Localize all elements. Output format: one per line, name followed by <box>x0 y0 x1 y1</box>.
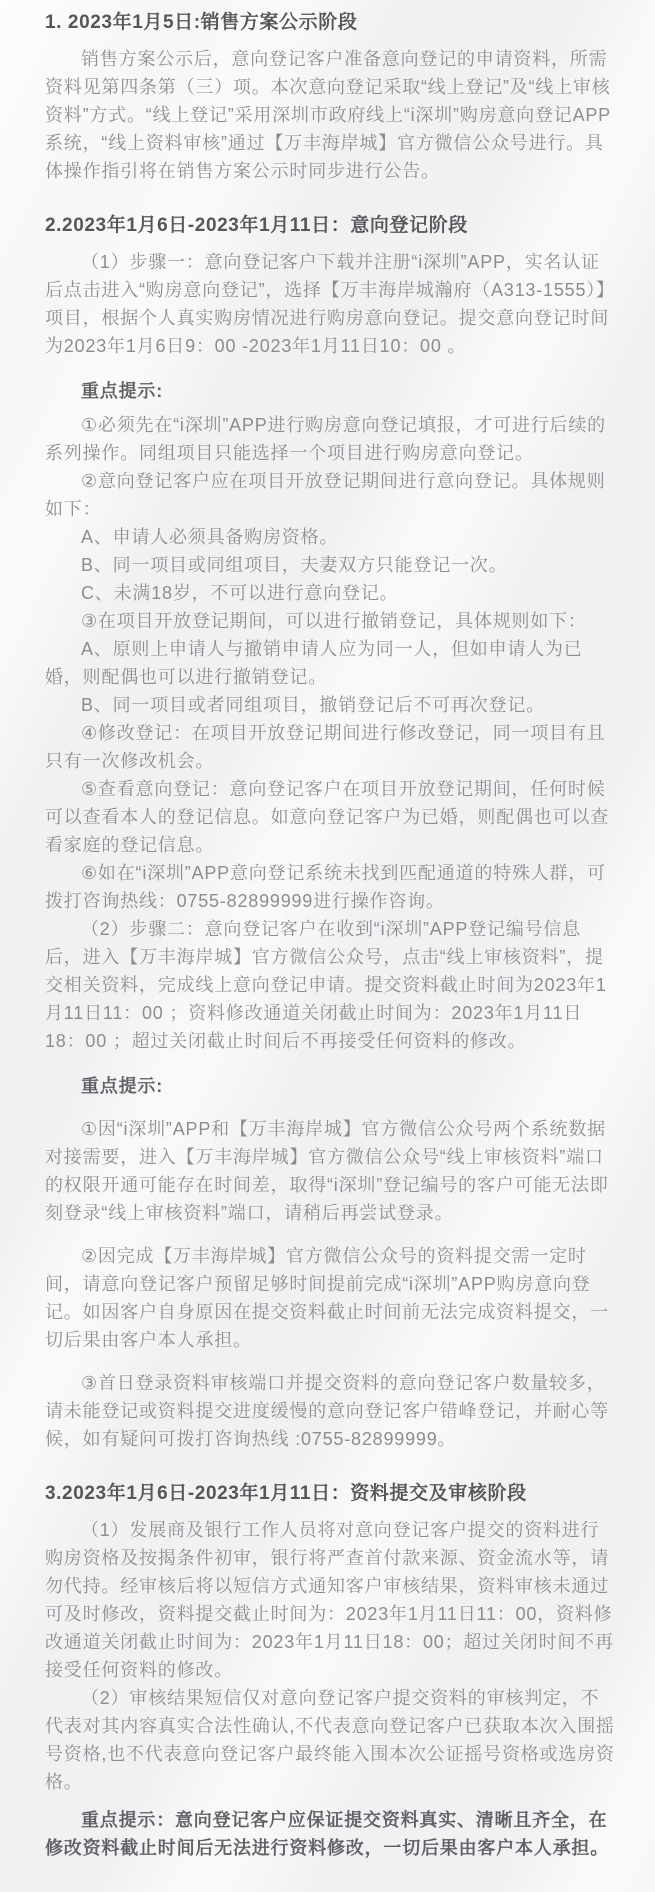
doc-paragraph: ①必须先在“i深圳”APP进行购房意向登记填报，才可进行后续的系列操作。同组项目… <box>45 411 615 467</box>
section-sales-plan-publicity: 1. 2023年1月5日:销售方案公示阶段 销售方案公示后，意向登记客户准备意向… <box>45 9 615 185</box>
doc-paragraph-rule-c: C、未满18岁，不可以进行意向登记。 <box>45 579 615 607</box>
section-heading-intent-registration: 2.2023年1月6日-2023年1月11日：意向登记阶段 <box>45 212 615 240</box>
doc-paragraph: 销售方案公示后，意向登记客户准备意向登记的申请资料，所需资料见第四条第（三）项。… <box>45 45 615 185</box>
doc-paragraph: （2）审核结果短信仅对意向登记客户提交资料的审核判定，不代表对其内容真实合法性确… <box>45 1684 615 1796</box>
highlight-note-label: 重点提示: <box>45 1072 615 1100</box>
doc-paragraph: ④修改登记：在项目开放登记期间进行修改登记，同一项目有且只有一次修改机会。 <box>45 719 615 775</box>
doc-paragraph: （1）发展商及银行工作人员将对意向登记客户提交的资料进行购房资格及按揭条件初审，… <box>45 1516 615 1684</box>
doc-paragraph-rule-b: B、同一项目或同组项目，夫妻双方只能登记一次。 <box>45 551 615 579</box>
doc-paragraph-hotline: ③首日登录资料审核端口并提交资料的意向登记客户数量较多，请未能登记或资料提交进度… <box>45 1369 615 1453</box>
doc-paragraph-hotline: ⑥如在“i深圳”APP意向登记系统未找到匹配通道的特殊人群，可拨打咨询热线：07… <box>45 859 615 915</box>
section-intent-registration: 2.2023年1月6日-2023年1月11日：意向登记阶段 （1）步骤一：意向登… <box>45 212 615 1453</box>
section-material-review: 3.2023年1月6日-2023年1月11日：资料提交及审核阶段 （1）发展商及… <box>45 1480 615 1862</box>
doc-paragraph: ②因完成【万丰海岸城】官方微信公众号的资料提交需一定时间，请意向登记客户预留足够… <box>45 1242 615 1354</box>
highlight-note: 重点提示：意向登记客户应保证提交资料真实、清晰且齐全，在修改资料截止时间后无法进… <box>45 1806 615 1862</box>
doc-paragraph: ③在项目开放登记期间，可以进行撤销登记，具体规则如下： <box>45 607 615 635</box>
doc-paragraph-rule-b: B、同一项目或者同组项目，撤销登记后不可再次登记。 <box>45 691 615 719</box>
section-heading-material-review: 3.2023年1月6日-2023年1月11日：资料提交及审核阶段 <box>45 1480 615 1508</box>
doc-paragraph-rule-a: A、原则上申请人与撤销申请人应为同一人，但如申请人为已婚，则配偶也可以进行撤销登… <box>45 635 615 691</box>
doc-paragraph-rule-a: A、申请人必须具备购房资格。 <box>45 523 615 551</box>
highlight-note-label: 重点提示: <box>45 377 615 405</box>
doc-paragraph-step-two: （2）步骤二：意向登记客户在收到“i深圳”APP登记编号信息后，进入【万丰海岸城… <box>45 915 615 1055</box>
doc-paragraph: ①因“i深圳”APP和【万丰海岸城】官方微信公众号两个系统数据对接需要，进入【万… <box>45 1115 615 1227</box>
sales-plan-announcement-document: 1. 2023年1月5日:销售方案公示阶段 销售方案公示后，意向登记客户准备意向… <box>0 0 655 1892</box>
doc-paragraph-step-one: （1）步骤一：意向登记客户下载并注册“i深圳”APP，实名认证后点击进入“购房意… <box>45 248 615 360</box>
doc-paragraph: ②意向登记客户应在项目开放登记期间进行意向登记。具体规则如下： <box>45 467 615 523</box>
doc-paragraph: ⑤查看意向登记：意向登记客户在项目开放登记期间，任何时候可以查看本人的登记信息。… <box>45 775 615 859</box>
section-heading-publicity: 1. 2023年1月5日:销售方案公示阶段 <box>45 9 615 37</box>
